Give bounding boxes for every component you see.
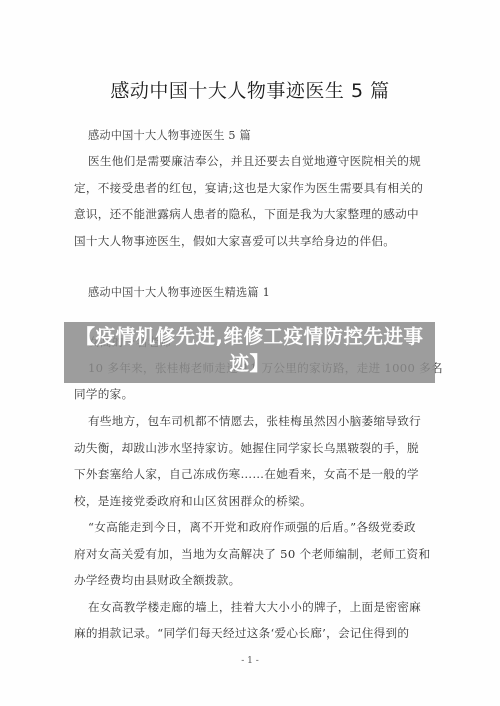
paragraph4-line-2: 麻的捐款记录。“同学们每天经过这条‘爱心长廊’，会记住得到的: [74, 625, 409, 641]
overlay-banner-title: 【疫情机修先进,维修工疫情防控先进事迹】: [64, 323, 435, 377]
intro-line-2: 定，不接受患者的红包，宴请;这也是大家作为医生需要具有相关的: [74, 180, 423, 196]
paragraph4-line-1: 在女高教学楼走廊的墙上，挂着大大小小的牌子，上面是密密麻: [88, 599, 421, 615]
intro-line-4: 国十大人物事迹医生，假如大家喜爱可以共享给身边的伴侣。: [74, 233, 395, 249]
paragraph2-line-3: 下外套塞给人家，自己冻成伤寒……在她看来，女高不是一般的学: [74, 466, 419, 482]
paragraph3-line-2: 府对女高关爱有加，当地为女高解决了 50 个老师编制，老师工资和: [74, 546, 430, 562]
section-heading: 感动中国十大人物事迹医生精选篇 1: [88, 284, 270, 300]
intro-heading: 感动中国十大人物事迹医生 5 篇: [88, 127, 251, 143]
paragraph3-line-1: “女高能走到今日，离不开党和政府作顽强的后盾。”各级党委政: [88, 519, 416, 535]
document-title: 感动中国十大人物事迹医生 5 篇: [0, 76, 500, 103]
intro-line-1: 医生他们是需要廉洁奉公，并且还要去自觉地遵守医院相关的规: [88, 153, 421, 169]
page-number: - 1 -: [0, 656, 500, 666]
document-page: 感动中国十大人物事迹医生 5 篇 感动中国十大人物事迹医生 5 篇 医生他们是需…: [0, 0, 500, 706]
paragraph2-line-4: 校，是连接党委政府和山区贫困群众的桥梁。: [74, 493, 312, 509]
paragraph3-line-3: 办学经费均由县财政全额拨款。: [74, 572, 241, 588]
paragraph2-line-2: 动失衡，却跋山涉水坚持家访。她握住同学家长乌黑皲裂的手，脱: [74, 440, 419, 456]
intro-line-3: 意识，还不能泄露病人患者的隐私，下面是我为大家整理的感动中: [74, 206, 419, 222]
paragraph2-line-1: 有些地方，包车司机都不情愿去，张桂梅虽然因小脑萎缩导致行: [88, 413, 421, 429]
paragraph1-line-2: 同学的家。: [74, 386, 133, 402]
